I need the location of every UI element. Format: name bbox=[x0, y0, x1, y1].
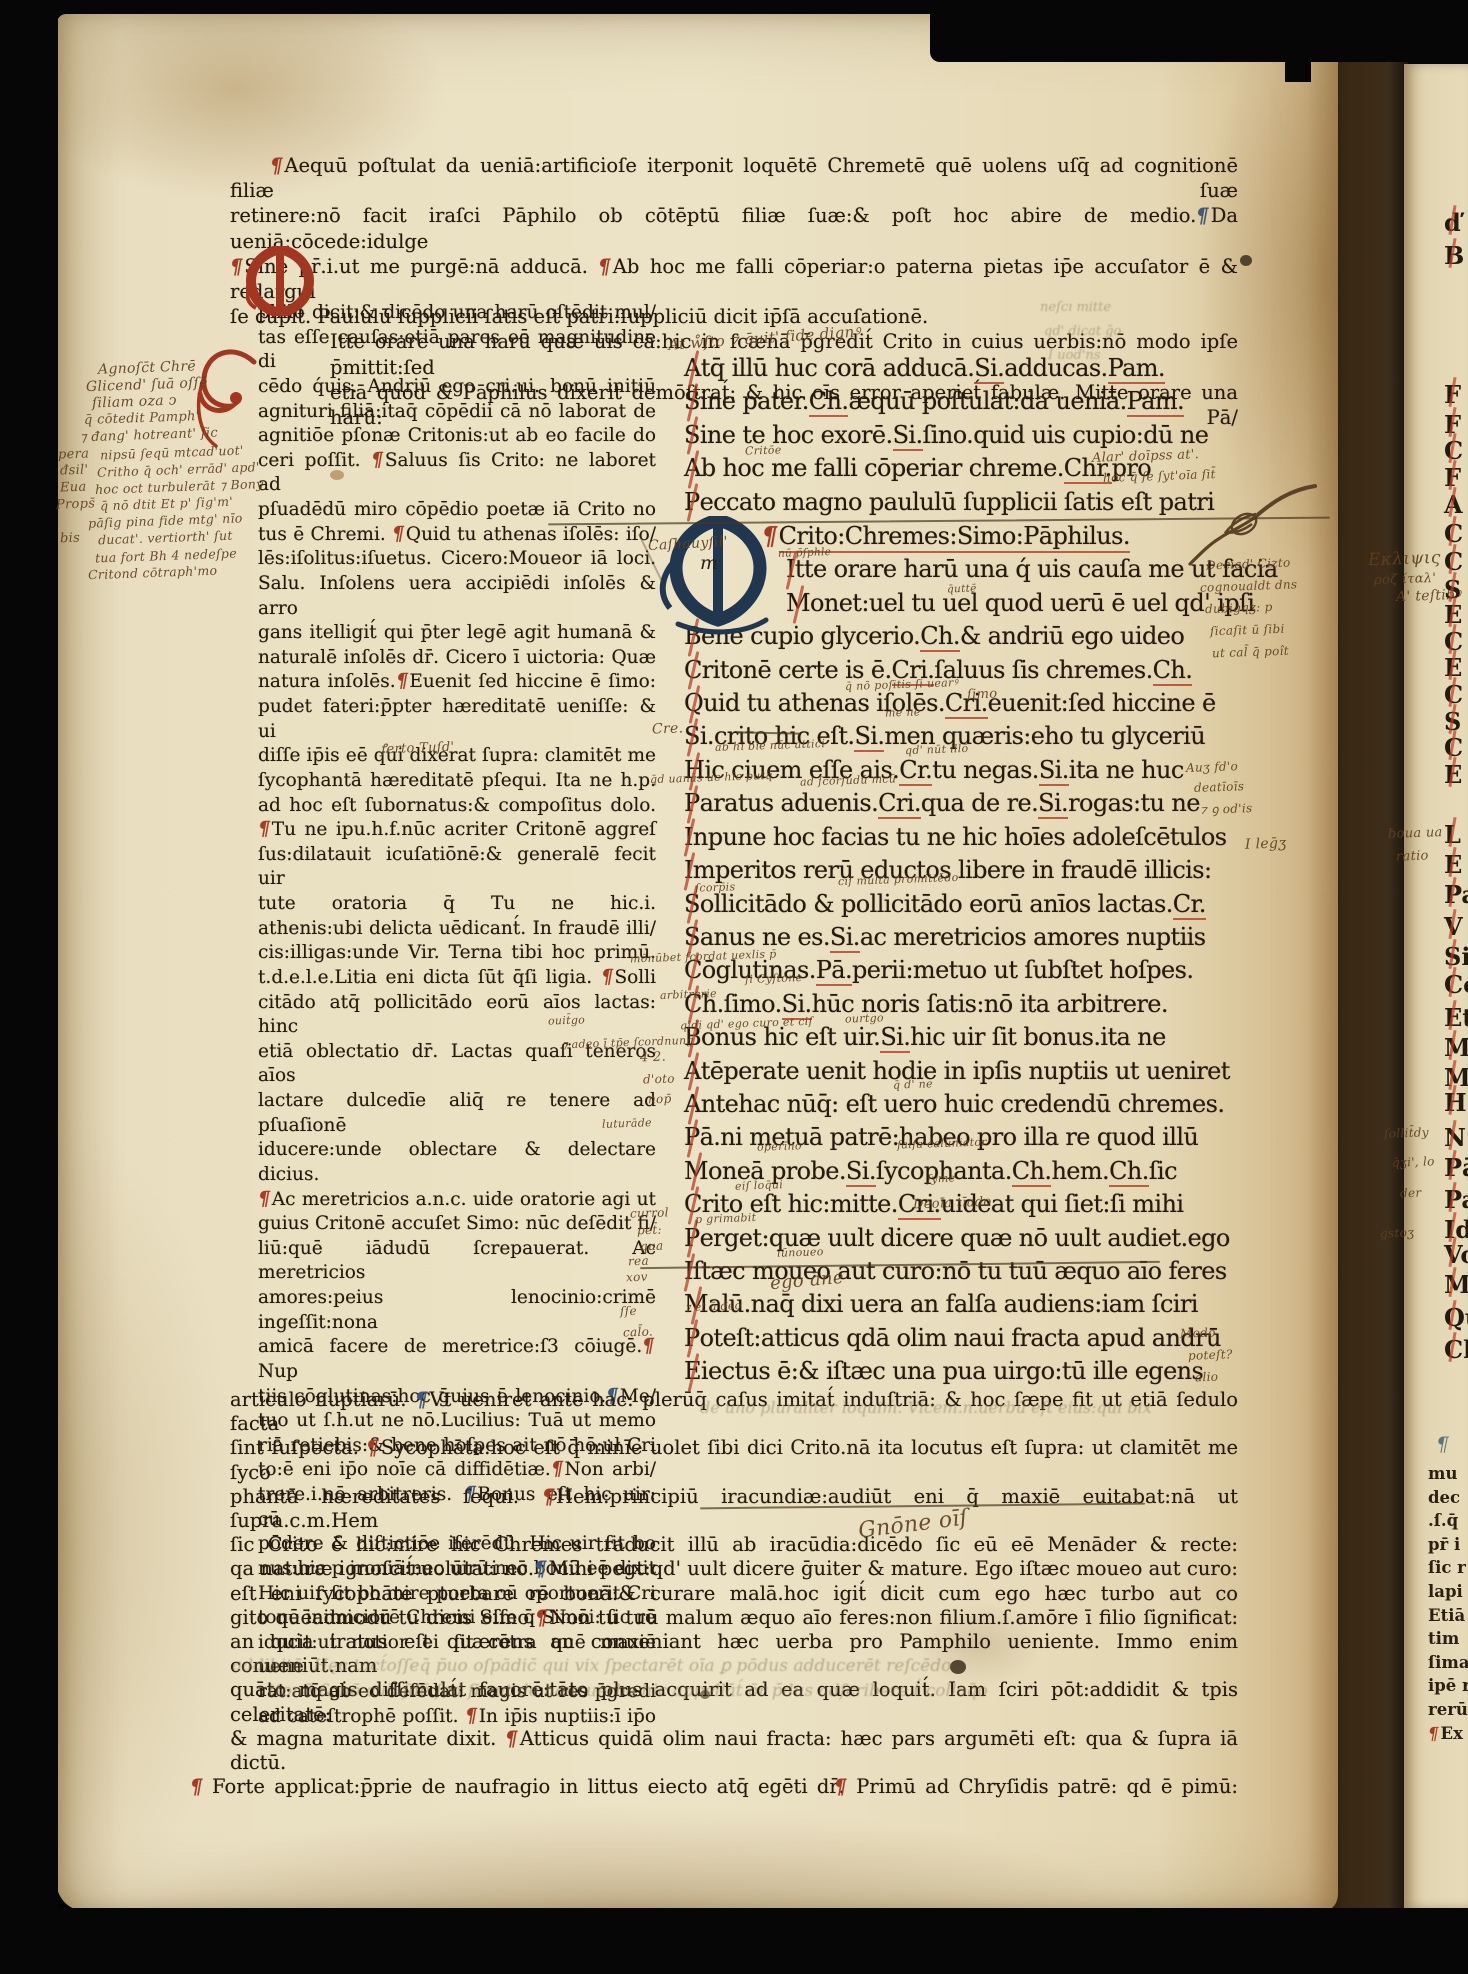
paraph-mark-red: ¶ bbox=[598, 965, 614, 991]
paraph-mark-red: ¶ bbox=[256, 1187, 272, 1213]
speaker-abbreviation: Cr. bbox=[1173, 890, 1206, 920]
speaker-abbreviation: Si. bbox=[830, 923, 860, 953]
right-margin-note: dubigqʒ: p bbox=[1205, 600, 1273, 616]
text-line: eſt eni ſycophāte pturbare rē bonā:& cur… bbox=[230, 1582, 1238, 1606]
book-photograph: ¶Aequū poſtulat da ueniā:artificioſe ite… bbox=[0, 0, 1468, 1974]
speaker-abbreviation: Ch. bbox=[1012, 1157, 1052, 1187]
showthrough-line: qd' dicat ḡo bbox=[1044, 324, 1164, 339]
speaker-abbreviation: Cr. bbox=[899, 756, 932, 786]
recto-fragment: Etiā bbox=[1428, 1604, 1468, 1628]
text-line: lēs:iſolitus:iſuetus. Cicero:Moueor iā l… bbox=[258, 547, 656, 572]
left-margin-note: Eua bbox=[60, 480, 87, 496]
interlinear-gloss: d'oto bbox=[643, 1071, 675, 1086]
text-line: naturalē inſolēs dr̄. Cicero ī uictoria:… bbox=[258, 646, 656, 671]
recto-line-initial: V bbox=[1444, 912, 1468, 941]
text-line: pſuadēdū miro cōpēdio poetæ iā Crito no bbox=[258, 498, 656, 523]
right-margin-note: Modo bbox=[1180, 1325, 1216, 1340]
interlinear-gloss: ſcorp̄is bbox=[695, 880, 736, 894]
paraph-mark-red: ¶ bbox=[369, 448, 385, 474]
text-line: citādo atq̄ pollicitādo eorū aīos lactas… bbox=[258, 991, 656, 1040]
recto-fragment: dec bbox=[1428, 1486, 1468, 1510]
showthrough-line: neſcı mitte bbox=[1040, 300, 1160, 315]
left-margin-note: pera bbox=[58, 446, 90, 462]
play-text-column: Atq̄ illū huc corā adducā.Si.adducas.Pam… bbox=[684, 352, 1154, 1389]
text-line: lactare dulcedīe aliq̄ re tenere ad pſua… bbox=[258, 1089, 656, 1138]
interlinear-gloss: ꝭerto Tuſd' bbox=[380, 737, 455, 758]
recto-line-initial: L bbox=[1444, 820, 1468, 849]
text-line: phantā hæreditates ſequi. ¶Hem:principiū… bbox=[230, 1485, 1238, 1533]
right-margin-note: I leḡʒ bbox=[1245, 835, 1287, 852]
recto-line-initial: Pa bbox=[1444, 880, 1468, 909]
text-line: ſic Crito ē hic:mire hic Chremes traduci… bbox=[230, 1533, 1238, 1557]
paraph-mark-red: ¶ bbox=[228, 253, 245, 279]
rubricated-capital: I bbox=[684, 854, 693, 887]
right-margin-note: ⁊ ꝯ od'is bbox=[1200, 799, 1253, 818]
paraph-mark-red: ¶ bbox=[364, 1436, 381, 1461]
play-verse-line: Sollicitādo & pollicitādo eorū anīos lac… bbox=[684, 888, 1154, 921]
play-verse-line: Iſtæc moueo aut curo:nō tu tuū æquo aīo … bbox=[684, 1255, 1154, 1288]
play-verse-line: Inpune hoc facias tu ne hic hoīes adoleſ… bbox=[684, 821, 1154, 854]
showthrough-line: I uod'ns bbox=[1048, 348, 1168, 363]
text-line: tus ē Chremi. ¶Quid tu athenas iſolēs: i… bbox=[258, 523, 656, 548]
text-line: ¶Aequū poſtulat da ueniā:artificioſe ite… bbox=[230, 153, 1238, 203]
interlinear-gloss: qd' nūt illō bbox=[905, 742, 969, 757]
interlinear-gloss: ſi Cyſtone bbox=[745, 971, 803, 986]
right-margin-note: ut cal̄ q̄ poît bbox=[1212, 644, 1289, 661]
text-line: guius Critonē accuſet Simo: nūc deſēdit … bbox=[258, 1212, 656, 1237]
interlinear-gloss: xov bbox=[626, 1270, 648, 1285]
interlinear-gloss: Critōe bbox=[745, 443, 782, 457]
rubricated-capital: A bbox=[684, 1055, 701, 1088]
recto-line-initial: Et bbox=[1444, 1003, 1468, 1032]
text-line: ceri poſſit. ¶Saluus ſis Crito: ne labor… bbox=[258, 449, 656, 498]
text-line: natura inſolēs.¶Euenit ſed hiccine ē ſim… bbox=[258, 670, 656, 695]
right-margin-note: Deciad' Cizto bbox=[1206, 556, 1291, 573]
book-gutter bbox=[1308, 14, 1408, 1910]
right-margin-note: alio bbox=[1195, 1370, 1219, 1385]
rubricated-capital: C bbox=[684, 654, 702, 687]
recto-line-initial: Vo bbox=[1444, 1240, 1468, 1269]
rubricated-capital: A bbox=[684, 1088, 701, 1121]
rubricated-capital: E bbox=[684, 1355, 701, 1388]
right-margin-note: poteſt? bbox=[1188, 1347, 1233, 1363]
rubricated-capital: S bbox=[684, 419, 700, 452]
recto-line-initial: ď bbox=[1444, 208, 1468, 237]
interlinear-gloss: p grimabit bbox=[695, 1211, 757, 1226]
recto-fragment: pr̄ i bbox=[1428, 1533, 1468, 1557]
recto-line-initial: Pā bbox=[1444, 1153, 1468, 1182]
paraph-mark-red: ¶ bbox=[248, 152, 285, 178]
right-margin-note: ſicaſit ū ſibi bbox=[1210, 622, 1285, 639]
left-margin-note: Props̄ bbox=[56, 496, 96, 512]
interlinear-gloss: ſyme bbox=[927, 1172, 956, 1186]
right-margin-note: deatīoīs bbox=[1194, 779, 1245, 795]
recto-fragment: ipē r bbox=[1428, 1674, 1468, 1698]
play-verse-line: Antehac nūq̄: eſt uero huic credendū chr… bbox=[684, 1088, 1154, 1121]
recto-line-initial: B bbox=[1444, 241, 1468, 270]
interlinear-gloss: rea bbox=[628, 1254, 649, 1269]
recto-line-initial: N bbox=[1444, 1123, 1468, 1152]
blue-paraph-fragment: ¶ bbox=[1436, 1432, 1449, 1456]
left-margin-note: bis bbox=[60, 531, 81, 547]
recto-line-initial: Ch bbox=[1444, 1335, 1468, 1364]
text-line: cēdo q́uis. Andriū ego cri.ui. bonū init… bbox=[258, 375, 656, 400]
showthrough-line: addibitā. Hęc tact́oſſeq̄ p̄uo oſpādic̄ … bbox=[232, 1656, 1242, 1676]
text-line: cis:illigas:unde Vir. Terna tibi hoc pri… bbox=[258, 941, 656, 966]
text-line: tas eſſe cauſas:etiā pares eē magnitudin… bbox=[258, 326, 656, 375]
recto-fragment: rerū bbox=[1428, 1698, 1468, 1722]
text-line: ſus:dilatauit icuſatiōnē:& generalē feci… bbox=[258, 843, 656, 892]
recto-fragment: lapi bbox=[1428, 1580, 1468, 1604]
recto-line-initial: Qu bbox=[1444, 1303, 1468, 1332]
rubricated-capital: P bbox=[684, 1121, 700, 1154]
text-line: retinere:nō facit iraſci Pāphilo ob cōtē… bbox=[230, 203, 1238, 253]
right-margin-note: ſollit̄dy bbox=[1384, 1125, 1429, 1141]
text-line: ¶Tu ne ipu.h.f.nūc acriter Critonē aggre… bbox=[258, 818, 656, 843]
interlinear-gloss: iūnoueo bbox=[777, 1245, 824, 1260]
rubricated-capital: I bbox=[684, 1255, 693, 1288]
rubricated-capital: M bbox=[684, 1155, 708, 1188]
speaker-abbreviation: Si. bbox=[1038, 789, 1068, 819]
interlinear-gloss: nop̄ bbox=[648, 1092, 672, 1107]
rubricated-capital: M bbox=[786, 587, 810, 620]
interlinear-gloss: qua bbox=[640, 1239, 664, 1254]
paraph-mark-red: ¶ bbox=[596, 253, 613, 279]
speaker-abbreviation: Si. bbox=[893, 421, 923, 451]
red-initial-M bbox=[246, 246, 314, 316]
rubricated-capital: Q bbox=[684, 687, 703, 720]
rubricated-capital: S bbox=[684, 385, 700, 418]
play-verse-line: Poteſt:atticus qdā olim naui fracta apud… bbox=[684, 1322, 1154, 1355]
text-line: amores:peius lenocinio:crimē ingeſſit:no… bbox=[258, 1286, 656, 1335]
backdrop-top-right-notch bbox=[930, 0, 1468, 62]
paraph-mark-blue: ¶ bbox=[532, 1557, 549, 1582]
play-verse-line: Perget:quæ uult dicere quæ nō uult audie… bbox=[684, 1222, 1154, 1255]
rubricated-capital: I bbox=[684, 821, 693, 854]
paraph-mark-red: ¶ bbox=[393, 670, 409, 696]
interlinear-gloss: ⁊ et ā đeo bbox=[685, 1299, 742, 1314]
recto-line-initial: M bbox=[1444, 1270, 1468, 1299]
backdrop-left bbox=[0, 0, 58, 1974]
text-line: athenis:ubi delicta uēdicant́. In fraudē… bbox=[258, 917, 656, 942]
paraph-mark-red: ¶ bbox=[852, 1775, 856, 1800]
left-margin-note: ſiliam oza ↄ bbox=[92, 393, 177, 412]
recto-line-initial: H bbox=[1444, 1088, 1468, 1117]
interlinear-gloss: q̄uttē bbox=[947, 582, 977, 595]
right-margin-note: Auʒ fd'o bbox=[1186, 759, 1238, 775]
right-margin-note: gstoʒ bbox=[1380, 1225, 1415, 1240]
paraph-mark-red: ¶ bbox=[1426, 1721, 1441, 1746]
text-line: agnitiōe pſonæ Critonis:ut ab eo facile … bbox=[258, 424, 656, 449]
right-margin-note: der bbox=[1400, 1186, 1422, 1201]
paraph-mark-blue: ¶ bbox=[413, 1387, 430, 1412]
right-margin-note: Εκλιψις bbox=[1368, 548, 1441, 571]
right-margin-note: ƀoua ua bbox=[1388, 825, 1443, 842]
text-line: philo dicit:& dicēdo una harū oſtēdit mu… bbox=[258, 301, 656, 326]
backdrop-slit bbox=[1285, 0, 1311, 82]
right-margin-note: q̄ʒi', lo bbox=[1392, 1154, 1435, 1169]
interlinear-gloss: arbitrerie bbox=[660, 987, 717, 1002]
text-line: t.d.e.l.e.Litia eni dicta ſūt q̄ſi ligia… bbox=[258, 966, 656, 991]
interlinear-gloss: eiſ loq̄ui bbox=[735, 1178, 784, 1193]
interlinear-gloss: luturāde bbox=[602, 1116, 652, 1131]
interlinear-gloss: nū p̄ſphle bbox=[778, 546, 832, 560]
interlinear-gloss: ourt̄go bbox=[845, 1011, 884, 1025]
text-line: gito quēadmodū tu dicis Simo.¶Non tu tuū… bbox=[230, 1606, 1238, 1630]
interlinear-gloss: me ne bbox=[885, 705, 921, 719]
paraph-mark-red: ¶ bbox=[539, 1484, 556, 1509]
showthrough-line: ttonē:& nō cuiuſdē ſed ſic ut de hæc uer… bbox=[268, 1681, 1228, 1701]
showthrough-line: de uno pluraliter loquiḿ. Vicem.n.uerbū … bbox=[700, 1398, 1170, 1417]
recto-line-initial: A bbox=[1444, 490, 1468, 519]
interlinear-gloss: 4 2. bbox=[640, 1050, 667, 1066]
rubricated-capital: P bbox=[684, 787, 700, 820]
text-line: qa naturæ ignoſcit́:uolūtati nō.¶Mihi pe… bbox=[230, 1557, 1238, 1581]
text-line: tute oratoria q̄ Tu ne hic.i. bbox=[258, 892, 656, 917]
rubricated-capital: P bbox=[684, 1222, 700, 1255]
play-verse-line: Malū.naq̄ dixi uera an falſa audiens:iam… bbox=[684, 1288, 1154, 1321]
speaker-abbreviation: Ch. bbox=[920, 622, 960, 652]
text-line: agnituri filiā:itaq̄ cōpēdii cā nō labor… bbox=[258, 400, 656, 425]
speaker-abbreviation: Si. bbox=[1039, 756, 1069, 786]
paraph-mark-red: ¶ bbox=[503, 1726, 520, 1751]
text-line: gans itelligit́ qui p̄ter legē agit huma… bbox=[258, 621, 656, 646]
recto-line-initial: E bbox=[1444, 760, 1468, 789]
recto-fragment: ſima bbox=[1428, 1651, 1468, 1675]
recto-fragment: ¶Ex bbox=[1428, 1722, 1468, 1746]
interlinear-gloss: q̄ d' ne bbox=[893, 1077, 933, 1091]
play-verse-line: Peccato magno paululū ſupplicii ſatis eſ… bbox=[684, 486, 1154, 519]
interlinear-gloss: cal̄o. bbox=[623, 1324, 654, 1339]
rubricated-capital: A bbox=[684, 352, 701, 385]
interlinear-gloss: Cre. bbox=[652, 720, 684, 737]
recto-fragment: .ſ.q̄ bbox=[1428, 1509, 1468, 1533]
speaker-abbreviation: Ch. bbox=[1153, 656, 1193, 686]
text-line: iducere:unde oblectare & delectare diciu… bbox=[258, 1138, 656, 1187]
paraph-mark-red: ¶ bbox=[533, 1605, 550, 1630]
bottom-commentary-block: articulo nuptiarū. ¶Vt ueniret ante hac:… bbox=[230, 1388, 1238, 1799]
speaker-abbreviation: Si. bbox=[880, 1023, 910, 1053]
speaker-abbreviation: Si. bbox=[846, 1157, 876, 1187]
right-margin-note: Deoīa tīado bbox=[913, 1195, 992, 1213]
recto-line-initial: E bbox=[1444, 850, 1468, 879]
interlinear-gloss: currol bbox=[630, 1205, 669, 1220]
play-verse-line: Paratus aduenis.Cri.qua de re.Si.rogas:t… bbox=[684, 787, 1154, 820]
speaker-abbreviation: Ch. bbox=[1109, 1157, 1149, 1187]
interlinear-gloss: ſſe bbox=[620, 1304, 637, 1319]
recto-fragment: mu bbox=[1428, 1462, 1468, 1486]
recto-fragment: tim bbox=[1428, 1627, 1468, 1651]
rubricated-capital: A bbox=[684, 452, 701, 485]
speaker-abbreviation: Si. bbox=[854, 722, 884, 752]
rubricated-capital: S bbox=[684, 720, 700, 753]
text-line: ad hoc eſt ſubornatus:& compoſitus dolo. bbox=[258, 794, 656, 819]
text-line: diſſe ip̄is eē qui dixerat ſupra: clamit… bbox=[258, 744, 656, 769]
initial-guide-letter: m bbox=[700, 552, 718, 574]
text-line: ¶Forte applicat:p̄prie de naufragio in l… bbox=[230, 1775, 1238, 1799]
speaker-abbreviation: Cri. bbox=[878, 789, 921, 819]
paraph-mark-blue: ¶ bbox=[1194, 203, 1211, 229]
interlinear-gloss: operīno bbox=[757, 1139, 802, 1154]
text-line: & magna maturitate dixit. ¶Atticus quidā… bbox=[230, 1727, 1238, 1775]
speaker-abbreviation: Ch. bbox=[809, 387, 849, 417]
text-line: ſycophantā hæreditatē pſequi. Ita ne h.p… bbox=[258, 769, 656, 794]
recto-line-initial: F bbox=[1444, 380, 1468, 409]
play-verse-line: Eiectus ē:& iſtæc una pua uirgo:tū ille … bbox=[684, 1355, 1154, 1388]
text-line: Salu. Inſolens uera accipiēdi inſolēs & … bbox=[258, 572, 656, 621]
paraph-mark-red: ¶ bbox=[390, 522, 406, 548]
text-line: ¶Ac meretricios a.n.c. uide oratorie agi… bbox=[258, 1188, 656, 1213]
text-line: pudet fateri:p̄pter hæreditatē ueniſſe: … bbox=[258, 695, 656, 744]
text-line: liū:quē iādudū ſcrepauerat. Ac meretrici… bbox=[258, 1237, 656, 1286]
left-margin-note: đsil' bbox=[60, 463, 89, 479]
speaker-abbreviation: Pam. bbox=[1127, 387, 1184, 417]
recto-commentary-fragments: mudec.ſ.q̄pr̄ iſic rlapiEtiātimſimaipē r… bbox=[1428, 1462, 1468, 1745]
text-line: ſint ſuſpecta. ¶Sycophāta:hoc eſt q̄ min… bbox=[230, 1436, 1238, 1484]
speaker-abbreviation: Pā. bbox=[816, 956, 852, 986]
recto-line-initial: M bbox=[1444, 1033, 1468, 1062]
rubricated-capital: P bbox=[684, 1322, 700, 1355]
backdrop-bottom bbox=[0, 1908, 1468, 1974]
rubricated-capital: P bbox=[684, 486, 700, 519]
play-verse-line: Sine pater.Ch.æquū poſtulat:da ueniā.Pam… bbox=[684, 385, 1154, 418]
recto-line-initial: Co bbox=[1444, 970, 1468, 999]
recto-fragment: ſic r bbox=[1428, 1556, 1468, 1580]
right-margin-note: ratio bbox=[1396, 848, 1429, 864]
recto-line-initial: Pa bbox=[1444, 1185, 1468, 1214]
text-line: ¶Sine pr̄.i.ut me purgē:nā adducā. ¶Ab h… bbox=[230, 254, 1238, 304]
paraph-mark-red: ¶ bbox=[256, 818, 272, 844]
speaker-abbreviation: Si. bbox=[974, 354, 1004, 384]
text-line: amicā facere de meretrice:ſ3 cōiugē.¶Nup bbox=[258, 1335, 656, 1384]
interlinear-gloss: pet̄: bbox=[637, 1223, 662, 1238]
interlinear-gloss: ſimo bbox=[967, 686, 998, 702]
interlinear-gloss: ouit̄go bbox=[548, 1013, 586, 1027]
